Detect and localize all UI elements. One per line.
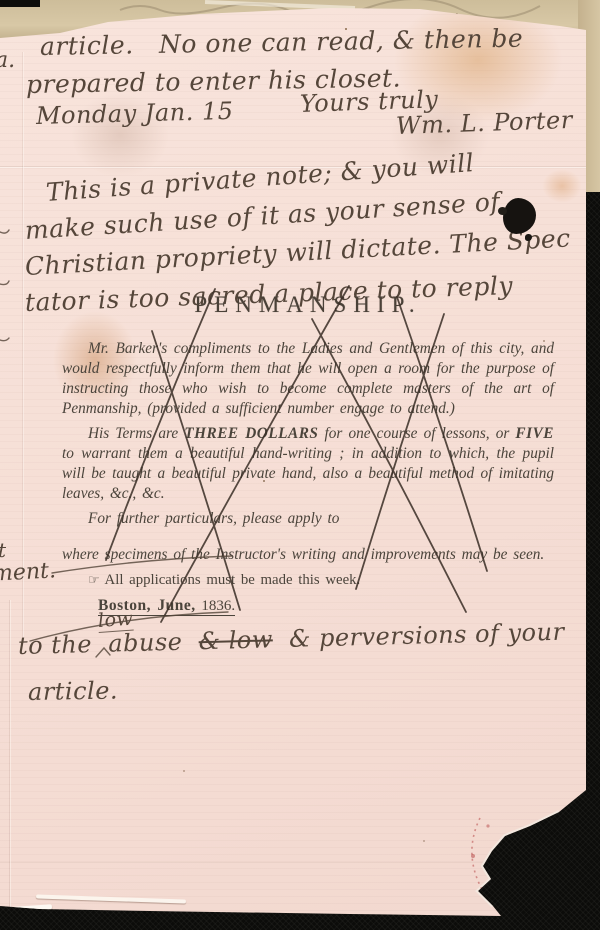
scanned-document-photo: article. No one can read, & then be prep… — [0, 0, 600, 930]
printed-advertisement: PENMANSHIP. Mr. Barker's compliments to … — [62, 292, 554, 616]
pointing-hand-icon: ☞ — [88, 573, 100, 588]
applications-notice: ☞ All applications must be made this wee… — [62, 570, 554, 591]
terms-amount-three-dollars: THREE DOLLARS — [184, 425, 318, 442]
advertisement-title: PENMANSHIP. — [62, 292, 554, 318]
applications-text: All applications must be made this week. — [105, 572, 361, 588]
edge-fragment: a. — [0, 48, 15, 73]
advertisement-dateline: Boston, June, 1836. — [62, 596, 554, 616]
vertical-fold-crease-upper — [22, 52, 23, 642]
handwriting-segment: abuse — [92, 627, 199, 658]
advertisement-paragraph: Mr. Barker's compliments to the Ladies a… — [62, 339, 554, 419]
red-stamp-mark — [472, 818, 484, 893]
terms-text: to warrant them a beautiful hand-writing… — [62, 445, 554, 502]
edge-fragment: ment. — [0, 558, 57, 586]
handwriting-segment: & perversions of your — [272, 618, 564, 654]
handwriting-line: article. — [28, 676, 119, 706]
backdrop-top-left-sliver — [0, 0, 40, 7]
paper-fold-highlight — [36, 894, 186, 903]
edge-fragment: t — [0, 538, 6, 562]
dateline-year: 1836. — [196, 598, 236, 616]
faint-lower-crease — [0, 862, 520, 863]
terms-text: His Terms are — [88, 425, 184, 442]
vertical-fold-crease-lower — [9, 600, 10, 910]
terms-amount-five: FIVE — [515, 425, 554, 442]
letter-page: article. No one can read, & then be prep… — [0, 0, 600, 930]
advertisement-paragraph: where specimens of the Instructor's writ… — [62, 545, 554, 565]
handwriting-line: article. No one can read, & then be — [40, 24, 524, 61]
handwriting-signature: Wm. L. Porter — [396, 106, 574, 140]
handwriting-struck-words: & low — [198, 625, 273, 655]
advertisement-paragraph: For further particulars, please apply to — [62, 509, 554, 529]
advertisement-paragraph: His Terms are THREE DOLLARS for one cour… — [62, 424, 554, 504]
terms-text: for one course of lessons, or — [318, 425, 515, 442]
handwriting-segment: to the — [18, 630, 93, 660]
handwriting-dateline: Monday Jan. 15 — [36, 97, 234, 130]
